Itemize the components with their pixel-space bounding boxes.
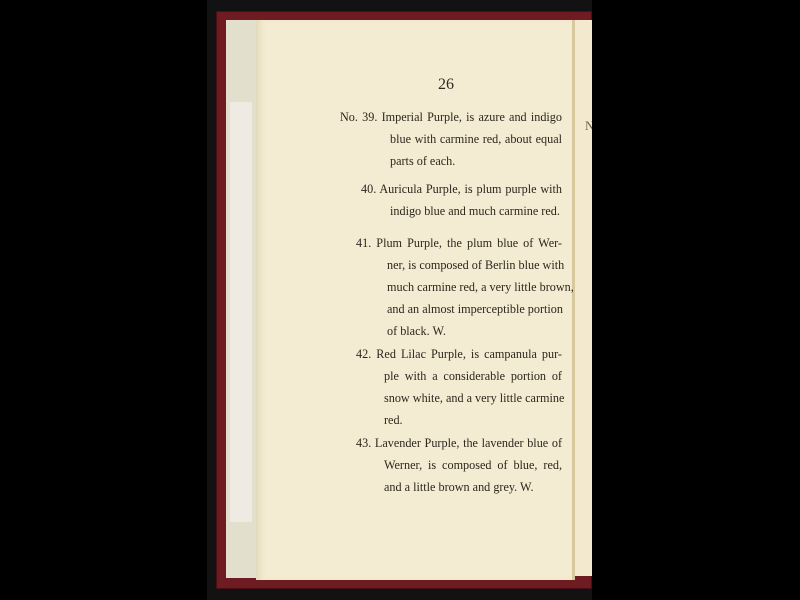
entry-line: ple with a considerable portion of xyxy=(356,365,562,387)
entry-39: No. 39. Imperial Purple, is azure and in… xyxy=(340,106,562,172)
entry-40: 40. Auricula Purple, is plum purple with… xyxy=(361,178,562,222)
entry-line: and a little brown and grey. W. xyxy=(356,476,562,498)
entry-line: No. 39. Imperial Purple, is azure and in… xyxy=(340,106,562,128)
entry-line: red. xyxy=(356,409,562,431)
entry-41: 41. Plum Purple, the plum blue of Wer- n… xyxy=(356,232,562,342)
entry-43: 43. Lavender Purple, the lavender blue o… xyxy=(356,432,562,498)
entry-line: snow white, and a very little carmine xyxy=(356,387,562,409)
entry-line: and an almost imperceptible portion xyxy=(356,298,562,320)
entry-line: indigo blue and much carmine red. xyxy=(361,200,562,222)
entry-line: much carmine red, a very little brown, xyxy=(356,276,562,298)
entry-line: ner, is composed of Berlin blue with xyxy=(356,254,562,276)
entry-line: 41. Plum Purple, the plum blue of Wer- xyxy=(356,232,562,254)
entry-line: 40. Auricula Purple, is plum purple with xyxy=(361,178,562,200)
entry-line: Werner, is composed of blue, red, xyxy=(356,454,562,476)
endpaper-strip xyxy=(230,102,252,522)
entry-line: of black. W. xyxy=(356,320,562,342)
next-page-edge: No xyxy=(575,20,592,576)
entry-line: blue with carmine red, about equal xyxy=(340,128,562,150)
entry-line: parts of each. xyxy=(340,150,562,172)
next-page-text: No xyxy=(585,118,592,134)
page-number: 26 xyxy=(438,76,454,94)
entry-line: 43. Lavender Purple, the lavender blue o… xyxy=(356,432,562,454)
entry-line: 42. Red Lilac Purple, is campanula pur- xyxy=(356,343,562,365)
entry-42: 42. Red Lilac Purple, is campanula pur- … xyxy=(356,343,562,431)
